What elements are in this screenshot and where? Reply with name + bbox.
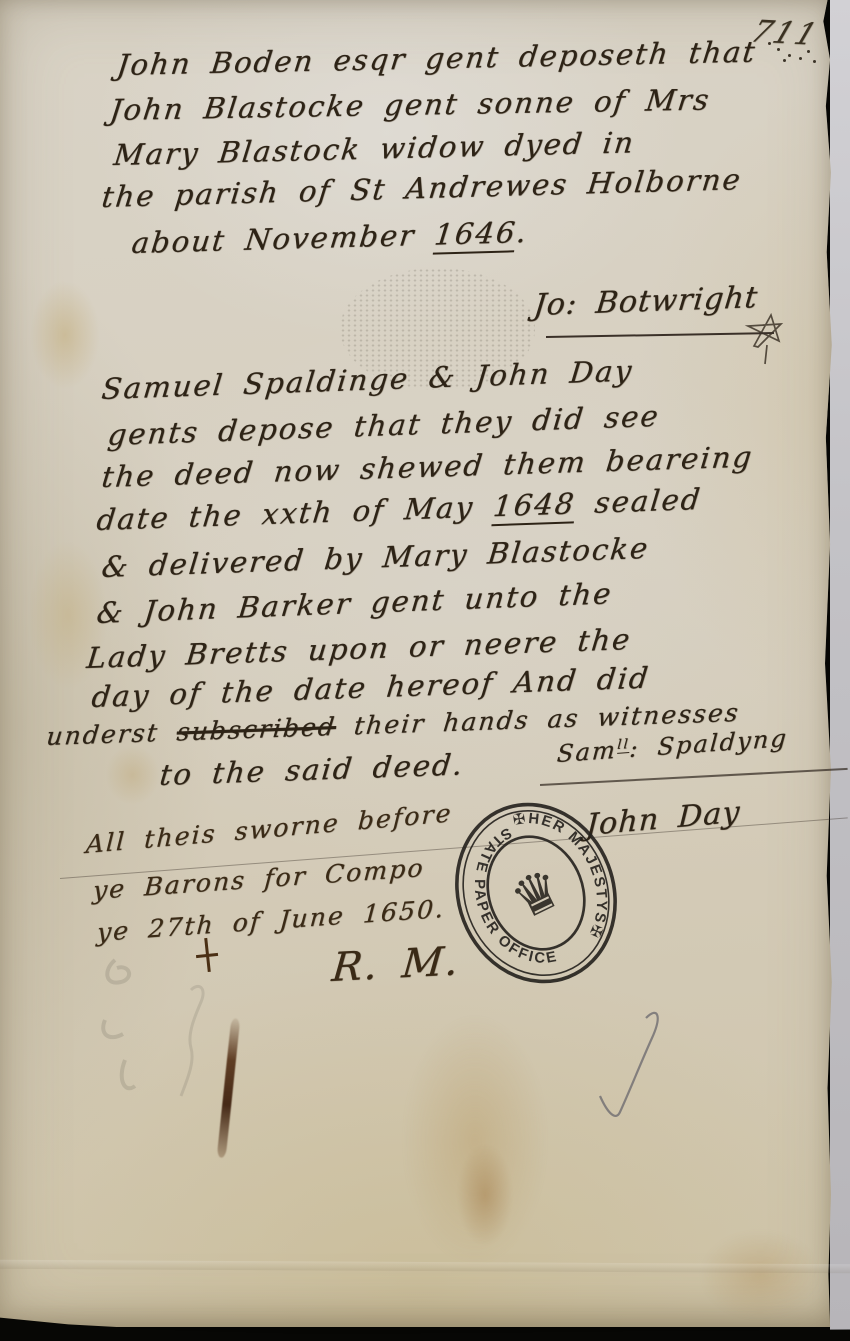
line-text: sealed [574,482,704,520]
crown-icon: ♛ [501,855,572,933]
cross-mark [194,937,219,973]
signature-flourish [744,310,790,368]
pencil-check-mark [586,1002,678,1132]
struck-word: subscribed [175,712,337,747]
underlined-year: 1646 [432,215,518,254]
underlined-year: 1648 [491,486,577,526]
ink-dots [768,42,771,45]
stain [455,1140,515,1250]
signature-text: Sam [556,736,618,768]
stain [30,280,100,390]
under-sheet-edge [830,0,850,1330]
manuscript-photo: 711 John Boden esqr gent deposeth that J… [0,0,850,1341]
attestation-initials: R. M. [330,938,462,991]
stain [105,745,160,805]
stain [700,1230,820,1320]
page-number: 711 [746,14,824,52]
line-text: underst [45,717,178,751]
